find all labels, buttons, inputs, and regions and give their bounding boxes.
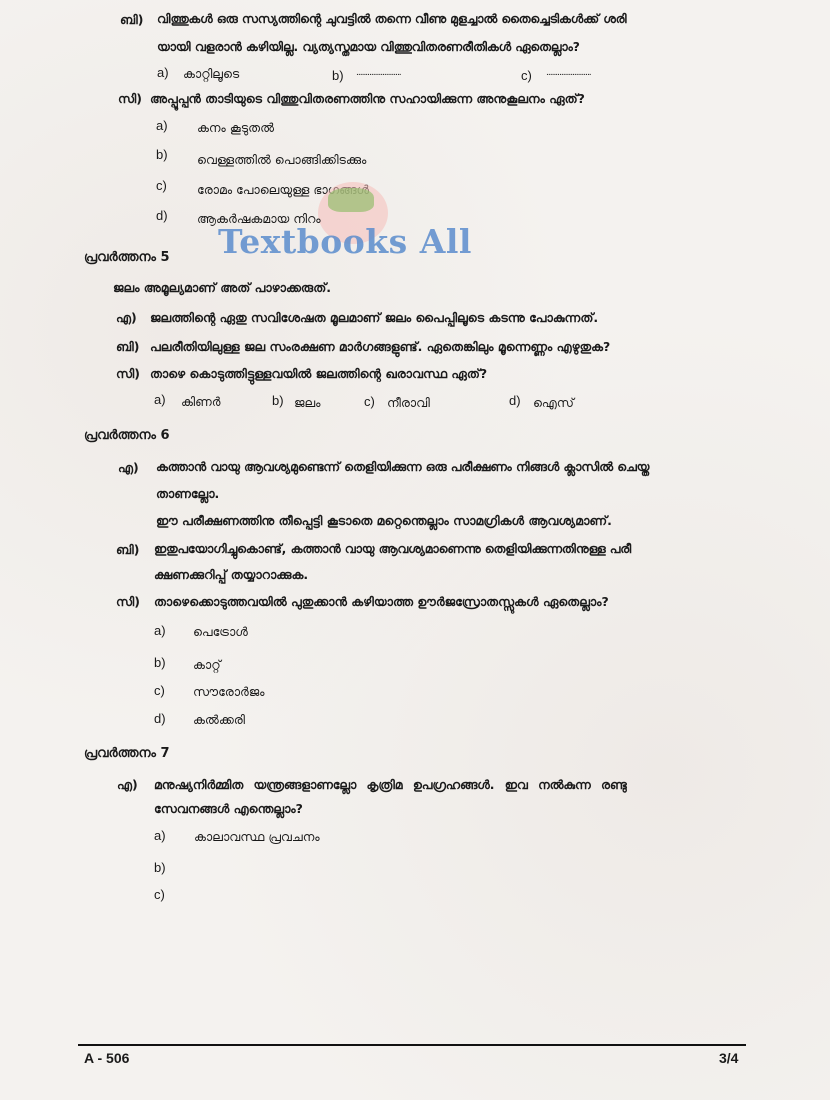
option-text: ജലം xyxy=(294,395,320,411)
option-text: കാറ്റിലൂടെ xyxy=(183,66,239,82)
option-label: c) xyxy=(154,887,165,902)
paper-code: A - 506 xyxy=(84,1050,129,1066)
option-label: c) xyxy=(521,68,532,83)
option-label: c) xyxy=(154,683,165,698)
question-text: അപ്പൂപ്പൻ താടിയുടെ വിത്തുവിതരണത്തിനു സഹാ… xyxy=(150,91,585,107)
option-label: c) xyxy=(156,178,167,193)
section-heading: പ്രവർത്തനം 7 xyxy=(84,746,170,761)
question-label: എ) xyxy=(117,777,138,793)
question-text: വിത്തുകൾ ഒരു സസ്യത്തിന്റെ ചുവട്ടിൽ തന്നെ… xyxy=(157,12,627,27)
option-label: d) xyxy=(509,393,521,408)
option-text: കിണർ xyxy=(181,394,220,410)
question-label: എ) xyxy=(116,310,137,326)
question-label: എ) xyxy=(118,460,139,476)
question-label: ബി) xyxy=(116,542,139,558)
question-label: ബി) xyxy=(120,12,143,28)
question-text: സേവനങ്ങൾ എന്തെല്ലാം? xyxy=(154,801,303,817)
answer-blank[interactable]: ........................ xyxy=(356,68,401,78)
question-text: ജലത്തിന്റെ ഏതു സവിശേഷത മൂലമാണ് ജലം പൈപ്പ… xyxy=(150,310,598,326)
option-text: ആകർഷകമായ നിറം xyxy=(197,211,321,227)
question-text: താഴെക്കൊടുത്തവയിൽ പുതുക്കാൻ കഴിയാത്ത ഊർജ… xyxy=(154,594,609,610)
exam-page: ബി) വിത്തുകൾ ഒരു സസ്യത്തിന്റെ ചുവട്ടിൽ ത… xyxy=(0,0,830,1100)
option-label: b) xyxy=(332,68,344,83)
question-text: കത്താൻ വായു ആവശ്യമുണ്ടെന്ന് തെളിയിക്കുന്… xyxy=(156,460,649,475)
option-label: d) xyxy=(156,208,168,223)
answer-blank[interactable]: ........................ xyxy=(546,68,591,78)
option-text: സൗരോർജം xyxy=(193,684,265,700)
option-label: c) xyxy=(364,394,375,409)
option-text: വെള്ളത്തിൽ പൊങ്ങിക്കിടക്കും xyxy=(197,152,366,168)
option-label: b) xyxy=(156,147,168,162)
section-heading: പ്രവർത്തനം 5 xyxy=(84,250,170,265)
option-label: a) xyxy=(156,118,168,133)
question-text: താഴെ കൊടുത്തിട്ടുള്ളവയിൽ ജലത്തിന്റെ ഖരാവ… xyxy=(150,366,487,382)
option-text: കനം കൂടുതൽ xyxy=(197,120,274,136)
option-label: a) xyxy=(154,828,166,843)
footer-divider xyxy=(78,1044,746,1046)
question-text: പലരീതിയിലുള്ള ജല സംരക്ഷണ മാർഗങ്ങളുണ്ട്. … xyxy=(150,339,610,355)
option-text: കൽക്കരി xyxy=(193,712,245,728)
option-label: a) xyxy=(154,392,166,407)
page-number: 3/4 xyxy=(719,1050,738,1066)
option-label: d) xyxy=(154,711,166,726)
option-label: b) xyxy=(272,393,284,408)
option-label: a) xyxy=(157,65,169,80)
section-intro: ജലം അമൂല്യമാണ് അത് പാഴാക്കരുത്. xyxy=(113,280,331,296)
question-text: യായി വളരാൻ കഴിയില്ല. വ്യത്യസ്തമായ വിത്തു… xyxy=(157,40,580,55)
option-label: b) xyxy=(154,860,166,875)
option-text: ഐസ് xyxy=(533,395,574,411)
watermark-kids-icon xyxy=(328,188,374,212)
question-text: ഇതുപയോഗിച്ചുകൊണ്ട്, കത്താൻ വായു ആവശ്യമാണ… xyxy=(154,542,631,557)
question-text: ക്ഷണക്കുറിപ്പ് തയ്യാറാക്കുക. xyxy=(154,567,308,583)
option-text: കാറ്റ് xyxy=(193,657,221,673)
question-label: സി) xyxy=(116,366,140,382)
question-label: സി) xyxy=(116,594,140,610)
question-text: മനുഷ്യനിർമ്മിത യന്ത്രങ്ങളാണല്ലോ കൃത്രിമ … xyxy=(154,777,627,793)
option-label: b) xyxy=(154,655,166,670)
option-label: a) xyxy=(154,623,166,638)
section-heading: പ്രവർത്തനം 6 xyxy=(84,428,170,443)
question-text: താണല്ലോ. xyxy=(156,486,219,502)
question-text: ഈ പരീക്ഷണത്തിനു തീപ്പെട്ടി കൂടാതെ മറ്റെന… xyxy=(156,513,612,529)
watermark-text: Textbooks All xyxy=(218,222,472,261)
option-text: കാലാവസ്ഥ പ്രവചനം xyxy=(194,829,320,845)
option-text: പെട്രോൾ xyxy=(193,624,248,640)
option-text: നീരാവി xyxy=(387,395,430,411)
question-label: സി) xyxy=(118,91,142,107)
question-label: ബി) xyxy=(116,339,139,355)
